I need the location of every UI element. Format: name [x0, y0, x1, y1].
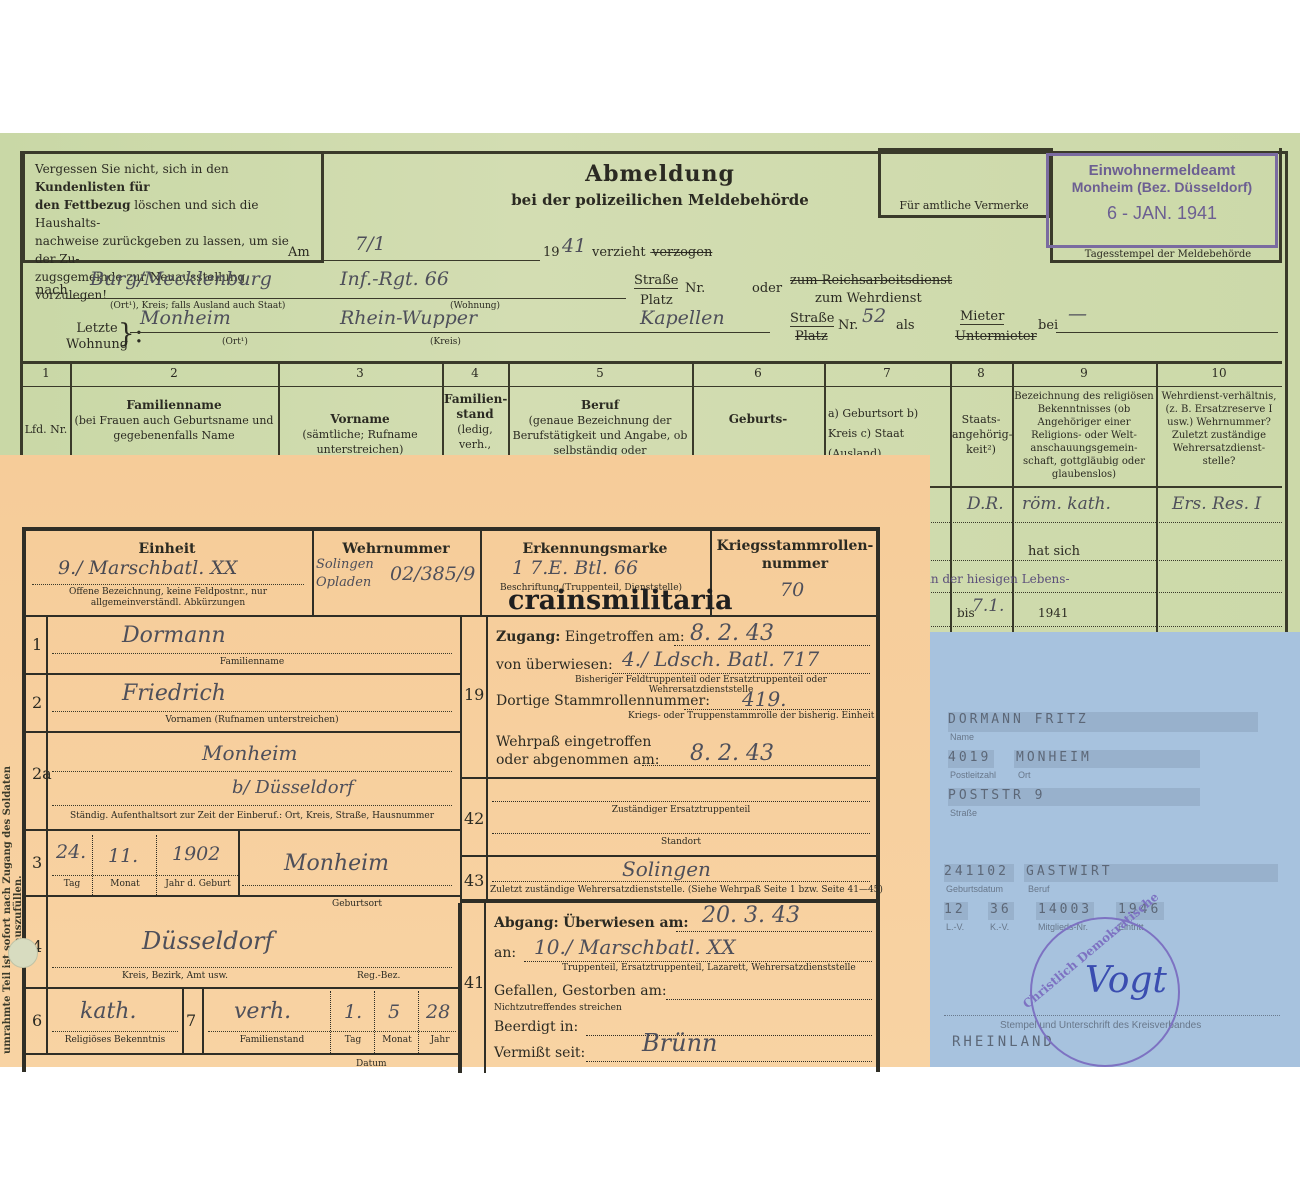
nach-line — [66, 297, 626, 299]
col-number: 4 — [442, 366, 508, 380]
row-divider — [46, 989, 48, 1053]
grid-subline — [22, 386, 1282, 387]
row-divider — [330, 991, 331, 1053]
monat-caption: Monat — [94, 879, 156, 889]
col-header: (bei Frauen auch Geburtsname und gegeben… — [75, 414, 274, 442]
kv-value: 36 — [990, 902, 1012, 917]
field-line — [676, 931, 872, 932]
an-label: an: — [494, 945, 516, 961]
col-header: (sämtliche; Rufname unterstreichen) — [302, 428, 417, 456]
stamp-date: 6 - JAN. 1941 — [1049, 203, 1275, 224]
geburtsort-value: Monheim — [284, 851, 389, 876]
von-label: von überwiesen: — [496, 657, 613, 673]
col-header: Wehrdienst-verhältnis, (z. B. Ersatzrese… — [1158, 390, 1280, 468]
aufenthaltsort-caption: Ständig. Aufenthaltsort zur Zeit der Ein… — [52, 811, 452, 821]
watermark: crainsmilitaria — [508, 585, 733, 616]
row-religion: 6 kath. Religiöses Bekenntnis 7 verh. Fa… — [22, 989, 462, 1055]
mieter: Mieter — [960, 309, 1004, 325]
row-divider — [156, 835, 157, 895]
dortige-caption: Kriegs- oder Truppenstammrolle der bishe… — [628, 711, 874, 721]
jahr-caption: Jahr d. Geburt — [158, 879, 238, 889]
row-line — [52, 711, 452, 712]
ksr-label: Kriegsstammrollen- — [717, 538, 874, 554]
row-kreis: Geburtsort 4 Düsseldorf Kreis, Bezirk, A… — [22, 897, 462, 989]
row-divider — [46, 897, 48, 987]
beruf-caption: Beruf — [1028, 884, 1050, 894]
signature: Vogt — [1085, 960, 1167, 1001]
familienname-caption: Familienname — [52, 657, 452, 667]
wehrpass-label: oder abgenommen am: — [496, 752, 659, 768]
row-line — [52, 1031, 178, 1032]
col-header: (genaue Bezeichnung der Berufstätigkeit … — [513, 414, 688, 457]
abgang-label: Abgang: — [494, 915, 559, 931]
field-line — [586, 1035, 872, 1036]
col-number: 8 — [950, 366, 1012, 380]
row-divider — [92, 835, 93, 895]
ksr-cell: Kriegsstammrollen-nummer 70 — [710, 527, 880, 617]
row-divider — [46, 831, 48, 895]
notice-bold: Kundenlisten für — [35, 180, 150, 194]
col-header: Bezeichnung des religiösen Bekenntnisses… — [1014, 390, 1154, 481]
year-prefix: 19 — [543, 245, 560, 260]
section-divider — [484, 903, 486, 1073]
stamp-line: Monheim (Bez. Düsseldorf) — [1049, 179, 1275, 195]
notice-box: Vergessen Sie nicht, sich in den Kundenl… — [22, 151, 324, 263]
bis-year: 1941 — [1038, 606, 1069, 620]
lw-kreis-caption: (Kreis) — [430, 337, 461, 347]
name-caption: Name — [950, 732, 974, 742]
row-divider — [182, 989, 184, 1053]
ort-value: MONHEIM — [1016, 750, 1092, 765]
geburt-tag: 24. — [56, 841, 86, 863]
row-number: 7 — [186, 1011, 196, 1030]
col-number: 9 — [1012, 366, 1156, 380]
lw-strasse: Straße — [790, 311, 834, 327]
familienname-value: Dormann — [122, 623, 226, 648]
section-19: 19 Zugang: Eingetroffen am: 8. 2. 43 von… — [460, 617, 880, 779]
row-line — [52, 967, 452, 968]
geburtsort-caption: Geburtsort — [332, 899, 382, 909]
row-divider — [418, 991, 419, 1053]
punch-hole — [8, 938, 38, 968]
bis-date: 7.1. — [972, 596, 1004, 616]
wehrnummer-cell: Wehrnummer Solingen Opladen 02/385/9 — [312, 527, 482, 617]
wehrpass-label: Wehrpaß eingetroffen — [496, 734, 651, 750]
subtitle-text: bei der polizeilichen Meldebehörde — [470, 191, 850, 209]
einheit-line — [32, 584, 304, 585]
official-notes-box: Für amtliche Vermerke — [878, 148, 1050, 218]
strasse-value: POSTSTR 9 — [948, 788, 1045, 803]
strasse-caption: Straße — [950, 808, 977, 818]
tag-caption: Tag — [52, 879, 92, 889]
field-line — [492, 833, 870, 834]
col-number: 2 — [70, 366, 278, 380]
am-label: Am — [288, 245, 310, 260]
section-divider — [486, 779, 488, 855]
col-header-bold: Familien-stand — [444, 392, 507, 421]
ksr-value: 70 — [780, 579, 804, 601]
heirat-monat: 5 — [388, 1001, 400, 1023]
gefallen-label: Gefallen, Gestorben am: — [494, 983, 667, 999]
kv-caption: K.-V. — [990, 922, 1009, 932]
nach-address: Inf.-Rgt. 66 — [340, 268, 449, 290]
an-caption: Truppenteil, Ersatztruppenteil, Lazarett… — [562, 963, 856, 973]
als-label: als — [896, 318, 915, 333]
stamp-line: Einwohnermeldeamt — [1049, 162, 1275, 179]
section-43: 43 Solingen Zuletzt zuständige Wehrersat… — [460, 857, 880, 903]
dortige-label: Dortige Stammrollennummer: — [496, 693, 710, 709]
vornamen-value: Friedrich — [122, 681, 226, 706]
hat-sich-text: hat sich — [1028, 544, 1080, 559]
row-aufenthaltsort: 2a Monheim b/ Düsseldorf Ständig. Aufent… — [22, 733, 462, 831]
kreis-value: Düsseldorf — [142, 927, 273, 955]
kreis-caption: Kreis, Bezirk, Amt usw. — [122, 971, 228, 981]
row-vornamen: 2 Friedrich Vornamen (Rufnamen unterstre… — [22, 675, 462, 733]
plz-caption: Postleitzahl — [950, 770, 996, 780]
row-number: 3 — [32, 853, 42, 872]
beerdigt-label: Beerdigt in: — [494, 1019, 578, 1035]
row-divider — [46, 675, 48, 731]
official-notes-label: Für amtliche Vermerke — [899, 199, 1028, 212]
bei-line — [1056, 331, 1278, 333]
familienstand-caption: Familienstand — [212, 1035, 332, 1045]
letzte-line — [130, 331, 770, 333]
col-number: 10 — [1156, 366, 1282, 380]
col-number: 1 — [22, 366, 70, 380]
region-value: RHEINLAND — [952, 1034, 1055, 1050]
ueberwiesen-label: Überwiesen am: — [563, 915, 688, 931]
row-line — [52, 805, 452, 806]
lv-caption: L.-V. — [946, 922, 964, 932]
religion-caption: Religiöses Bekenntnis — [52, 1035, 178, 1045]
wehrnummer-value: 02/385/9 — [390, 563, 475, 585]
col-header: (ledig, verh., — [457, 423, 492, 451]
notice-text: nachweise zurückgeben zu lassen, um sie … — [35, 234, 289, 266]
heirat-jahr: 28 — [426, 1001, 450, 1023]
ersatz-caption: Zuständiger Ersatztruppenteil — [492, 805, 870, 815]
wehrdienst-value: Ers. Res. I — [1172, 494, 1261, 514]
row-number: 6 — [32, 1011, 42, 1030]
familienstand-value: verh. — [234, 999, 291, 1024]
lw-platz: Platz — [795, 329, 828, 344]
section-number: 42 — [464, 809, 484, 828]
field-line — [612, 673, 870, 674]
col-header-bold: Geburts- — [729, 412, 788, 426]
platz-label: Platz — [640, 293, 673, 308]
lw-ort-caption: (Ort¹) — [222, 337, 248, 347]
erkennungsmarke-value: 1 7.E. Btl. 66 — [512, 557, 638, 579]
dortige-value: 419. — [742, 687, 787, 711]
nach-label: nach — [36, 283, 68, 298]
nach-place: Burg/Mecklenburg — [90, 268, 272, 290]
title-text: Abmeldung — [470, 161, 850, 187]
field-line — [524, 961, 872, 962]
aufenthaltsort-value2: b/ Düsseldorf — [232, 777, 354, 798]
eingetroffen-value: 8. 2. 43 — [690, 621, 774, 646]
side-note: umrahmte Teil ist sofort nach Zugang des… — [2, 760, 22, 1060]
row-line — [242, 885, 452, 886]
oder-label: oder — [752, 281, 782, 296]
year-value: 41 — [562, 235, 586, 257]
verzogen-struck: verzogen — [652, 245, 712, 260]
notice-text: Vergessen Sie nicht, sich in den — [35, 162, 229, 176]
section-42: 42 Zuständiger Ersatztruppenteil Standor… — [460, 779, 880, 857]
col-divider — [950, 364, 952, 656]
row-line — [52, 771, 452, 772]
registration-office-stamp: Einwohnermeldeamt Monheim (Bez. Düsseldo… — [1046, 153, 1278, 248]
heirat-tag: 1. — [344, 1001, 362, 1023]
row-divider — [238, 831, 240, 895]
section-number: 41 — [464, 973, 484, 992]
regbez-caption: Reg.-Bez. — [357, 971, 400, 981]
row-familienname: 1 Dormann Familienname — [22, 617, 462, 675]
hiesigen-text: in der hiesigen Lebens- — [927, 572, 1070, 586]
nr-label: Nr. — [685, 281, 705, 296]
geburt-jahr: 1902 — [172, 843, 220, 865]
von-value: 4./ Ldsch. Batl. 717 — [622, 647, 819, 671]
field-line — [666, 999, 872, 1000]
einheit-caption: Offene Bezeichnung, keine Feldpostnr., n… — [28, 587, 308, 609]
erkennungsmarke-label: Erkennungsmarke — [480, 541, 710, 557]
am-value: 7/1 — [355, 233, 386, 255]
wehrnummer-bottom: Opladen — [316, 575, 371, 590]
jahr-caption: Jahr — [420, 1035, 460, 1045]
row-divider — [46, 617, 48, 673]
an-value: 10./ Marschbatl. XX — [534, 935, 736, 959]
staat-value: D.R. — [967, 494, 1004, 514]
vermisst-value: Brünn — [642, 1029, 717, 1057]
lv-value: 12 — [944, 902, 966, 917]
col-number: 6 — [692, 366, 824, 380]
col-number: 7 — [824, 366, 950, 380]
form-title: Abmeldung bei der polizeilichen Meldebeh… — [470, 161, 850, 209]
vornamen-caption: Vornamen (Rufnamen unterstreichen) — [52, 715, 452, 725]
eingetroffen-label: Eingetroffen am: — [565, 629, 685, 645]
ort-caption: Ort — [1018, 770, 1031, 780]
col-number: 3 — [278, 366, 442, 380]
rad-struck: zum Reichsarbeitsdienst — [790, 273, 952, 288]
einheit-value: 9./ Marschbatl. XX — [58, 557, 237, 579]
beruf-value: GASTWIRT — [1026, 864, 1113, 879]
wehrnummer-label: Wehrnummer — [312, 541, 480, 557]
row-divider — [374, 991, 375, 1053]
lw-kreis: Rhein-Wupper — [340, 307, 477, 329]
geburtsdatum-caption: Geburtsdatum — [946, 884, 1003, 894]
datum-caption: Datum — [356, 1059, 387, 1069]
religion-value: kath. — [80, 999, 136, 1024]
col-header-bold: Familienname — [126, 398, 221, 412]
lw-ort: Monheim — [140, 307, 231, 329]
row-divider — [202, 989, 204, 1053]
von-caption: Bisheriger Feldtruppenteil oder Ersatztr… — [522, 675, 880, 695]
field-line — [492, 881, 870, 882]
nichtzutreffend-caption: Nichtzutreffendes streichen — [494, 1003, 622, 1013]
wehrnummer-top: Solingen — [316, 557, 374, 572]
standort-caption: Standort — [492, 837, 870, 847]
plz-value: 4019 — [948, 750, 991, 765]
col-header-bold: Beruf — [581, 398, 619, 412]
geburtsdatum-value: 241102 — [944, 864, 1009, 879]
aufenthaltsort-value: Monheim — [202, 741, 297, 765]
einheit-label: Einheit — [22, 541, 312, 557]
geburt-monat: 11. — [108, 845, 138, 867]
col-header: Staats-angehörig-keit²) — [952, 412, 1010, 457]
wehrpass-value: 8. 2. 43 — [690, 741, 774, 766]
row-line — [52, 875, 238, 876]
field-line — [492, 801, 870, 802]
sec43-value: Solingen — [622, 857, 711, 881]
tag-caption: Tag — [332, 1035, 374, 1045]
row-number: 2a — [32, 761, 52, 787]
section-number: 19 — [464, 685, 484, 704]
col-header: Lfd. Nr. — [24, 422, 68, 437]
section-divider — [486, 617, 488, 777]
religion-value: röm. kath. — [1022, 494, 1111, 514]
am-line — [310, 259, 540, 261]
col-header-bold: Vorname — [330, 412, 389, 426]
col-number: 5 — [508, 366, 692, 380]
lw-nr-label: Nr. — [838, 318, 858, 333]
strasse-label: Straße — [634, 273, 678, 289]
mitglieds-value: 14003 — [1038, 902, 1092, 917]
zugang-label: Zugang: — [496, 629, 560, 645]
member-name: DORMANN FRITZ — [948, 712, 1089, 727]
untermieter: Untermieter — [955, 329, 1037, 344]
einheit-cell: Einheit 9./ Marschbatl. XX Offene Bezeic… — [22, 527, 314, 617]
section-number: 43 — [464, 871, 484, 890]
bei-value: — — [1068, 303, 1087, 325]
vermisst-label: Vermißt seit: — [494, 1045, 585, 1061]
monat-caption: Monat — [376, 1035, 418, 1045]
section-divider — [486, 857, 488, 899]
ueberwiesen-value: 20. 3. 43 — [702, 903, 800, 928]
ksr-label: nummer — [762, 556, 828, 572]
row-number: 1 — [32, 635, 42, 654]
notice-bold: den Fettbezug — [35, 198, 130, 212]
sec43-caption: Zuletzt zuständige Wehrersatzdienststell… — [490, 885, 883, 895]
wehrdienst-label: zum Wehrdienst — [815, 291, 922, 306]
row-number: 2 — [32, 693, 42, 712]
field-line — [586, 1061, 872, 1062]
lw-nr-value: 52 — [862, 305, 886, 327]
kriegsstammrolle-card: Einheit 9./ Marschbatl. XX Offene Bezeic… — [0, 455, 930, 1067]
row-line — [52, 653, 452, 654]
row-geburt: 3 24. 11. 1902 Tag Monat Jahr d. Geburt … — [22, 831, 462, 897]
stamp-caption: Tagesstempel der Meldebehörde — [1058, 249, 1278, 260]
row-divider — [46, 733, 48, 829]
section-41: 41 Abgang: Überwiesen am: 20. 3. 43 an: … — [458, 903, 882, 1073]
lw-street: Kapellen — [640, 307, 725, 329]
